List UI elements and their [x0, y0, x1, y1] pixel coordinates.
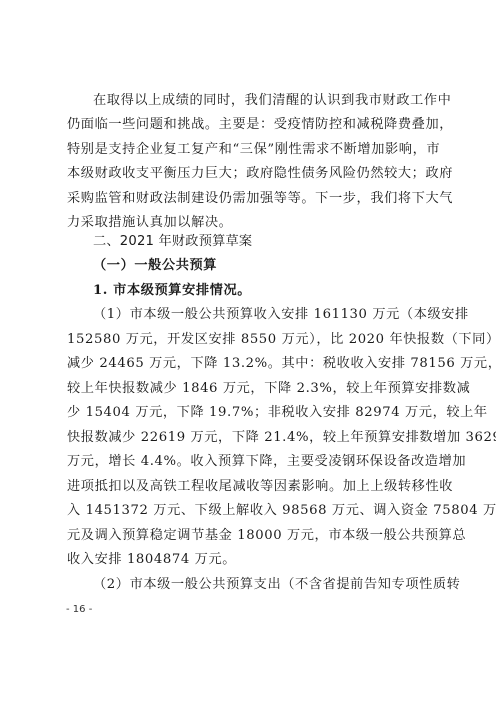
paragraph-line: 进项抵扣以及高铁工程收尾减收等因素影响。加上上级转移性收 [67, 478, 437, 496]
paragraph-line: 采购监管和财政法制建设仍需加强等等。下一步，我们将下大气 [67, 190, 437, 208]
section-heading: 二、2021 年财政预算草案 [93, 233, 437, 251]
paragraph-line: 减少 24465 万元，下降 13.2%。其中：税收收入安排 78156 万元， [67, 355, 437, 373]
paragraph-line: 较上年快报数减少 1846 万元，下降 2.3%，较上年预算安排数减 [67, 380, 437, 398]
paragraph-line: 万元，增长 4.4%。收入预算下降，主要受凌钢环保设备改造增加 [67, 453, 437, 471]
item-heading: 1. 市本级预算安排情况。 [93, 282, 437, 300]
paragraph-line: （2）市本级一般公共预算支出（不含省提前告知专项性质转 [93, 576, 437, 594]
paragraph-line: （1）市本级一般公共预算收入安排 161130 万元（本级安排 [93, 306, 437, 324]
document-page: 在取得以上成绩的同时，我们清醒的认识到我市财政工作中 仍面临一些问题和挑战。主要… [0, 0, 496, 701]
paragraph-line: 本级财政收支平衡压力巨大；政府隐性债务风险仍然较大；政府 [67, 165, 437, 183]
subsection-heading: （一）一般公共预算 [93, 257, 437, 275]
paragraph-line: 少 15404 万元，下降 19.7%；非税收入安排 82974 万元，较上年 [67, 404, 437, 422]
paragraph-line: 152580 万元，开发区安排 8550 万元），比 2020 年快报数（下同） [67, 331, 437, 349]
paragraph-line: 收入安排 1804874 万元。 [67, 551, 437, 569]
paragraph-line: 在取得以上成绩的同时，我们清醒的认识到我市财政工作中 [93, 92, 437, 110]
page-number: - 16 - [66, 604, 92, 615]
paragraph-line: 力采取措施认真加以解决。 [67, 214, 437, 232]
paragraph-line: 入 1451372 万元、下级上解收入 98568 万元、调入资金 75804 … [67, 502, 437, 520]
paragraph-line: 仍面临一些问题和挑战。主要是：受疫情防控和减税降费叠加， [67, 116, 437, 134]
paragraph-line: 快报数减少 22619 万元，下降 21.4%，较上年预算安排数增加 3629 [67, 429, 437, 447]
paragraph-line: 元及调入预算稳定调节基金 18000 万元，市本级一般公共预算总 [67, 527, 437, 545]
paragraph-line: 特别是支持企业复工复产和“三保”刚性需求不断增加影响，市 [67, 141, 437, 159]
